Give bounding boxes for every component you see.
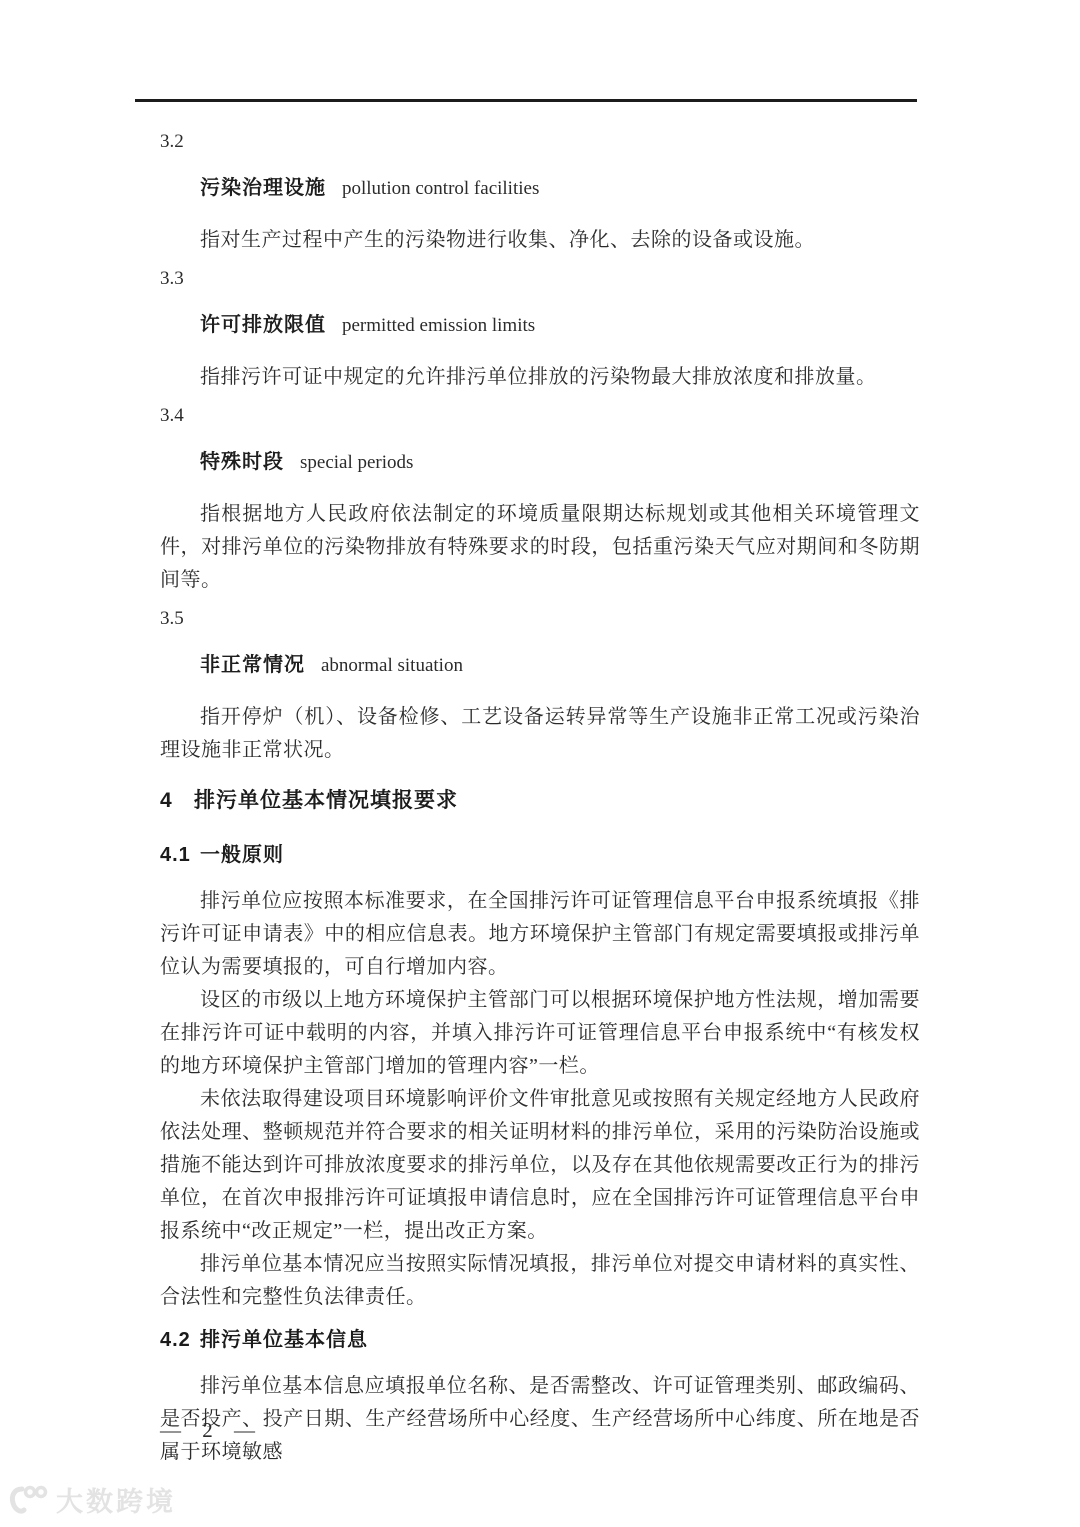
heading-number: 4 [160,787,180,815]
term-chinese: 非正常情况 [200,654,305,676]
term-definition: 指根据地方人民政府依法制定的环境质量限期达标规划或其他相关环境管理文件，对排污单… [160,498,920,597]
watermark: 大数跨境 [8,1480,176,1519]
term-line: 许可排放限值permitted emission limits [160,313,920,339]
term-line: 非正常情况abnormal situation [160,653,920,679]
term-line: 污染治理设施pollution control facilities [160,176,920,202]
document-page: 3.2 污染治理设施pollution control facilities 指… [0,0,1080,1527]
document-content: 3.2 污染治理设施pollution control facilities 指… [0,0,1080,1469]
term-chinese: 许可排放限值 [200,314,326,336]
body-paragraph: 排污单位基本情况应当按照实际情况填报，排污单位对提交申请材料的真实性、合法性和完… [160,1248,920,1314]
body-paragraph: 未依法取得建设项目环境影响评价文件审批意见或按照有关规定经地方人民政府依法处理、… [160,1083,920,1248]
term-line: 特殊时段special periods [160,450,920,476]
watermark-text: 大数跨境 [56,1480,176,1519]
page-number: — 2 — [160,1418,255,1443]
term-definition: 指开停炉（机）、设备检修、工艺设备运转异常等生产设施非正常工况或污染治理设施非正… [160,701,920,767]
term-chinese: 污染治理设施 [200,177,326,199]
term-definition: 指对生产过程中产生的污染物进行收集、净化、去除的设备或设施。 [160,224,920,257]
term-section-number: 3.5 [160,609,920,629]
body-paragraph: 排污单位应按照本标准要求，在全国排污许可证管理信息平台申报系统填报《排污许可证申… [160,885,920,984]
heading-title: 排污单位基本情况填报要求 [194,789,458,812]
term-english: abnormal situation [321,655,463,676]
subsection-heading: 4.1一般原则 [160,841,920,869]
term-section-number: 3.4 [160,406,920,426]
section-heading: 4排污单位基本情况填报要求 [160,787,920,815]
term-definition: 指排污许可证中规定的允许排污单位排放的污染物最大排放浓度和排放量。 [160,361,920,394]
heading-title: 一般原则 [200,844,284,866]
heading-title: 排污单位基本信息 [200,1329,368,1351]
term-english: pollution control facilities [342,178,539,199]
header-rule [135,99,917,102]
term-section-number: 3.3 [160,269,920,289]
watermark-logo-icon [8,1483,48,1517]
heading-number: 4.2 [160,1326,194,1354]
term-section-number: 3.2 [160,132,920,152]
body-paragraph: 排污单位基本信息应填报单位名称、是否需整改、许可证管理类别、邮政编码、是否投产、… [160,1370,920,1469]
term-english: special periods [300,452,413,473]
subsection-heading: 4.2排污单位基本信息 [160,1326,920,1354]
body-paragraph: 设区的市级以上地方环境保护主管部门可以根据环境保护地方性法规，增加需要在排污许可… [160,984,920,1083]
term-english: permitted emission limits [342,315,535,336]
heading-number: 4.1 [160,841,194,869]
term-chinese: 特殊时段 [200,451,284,473]
